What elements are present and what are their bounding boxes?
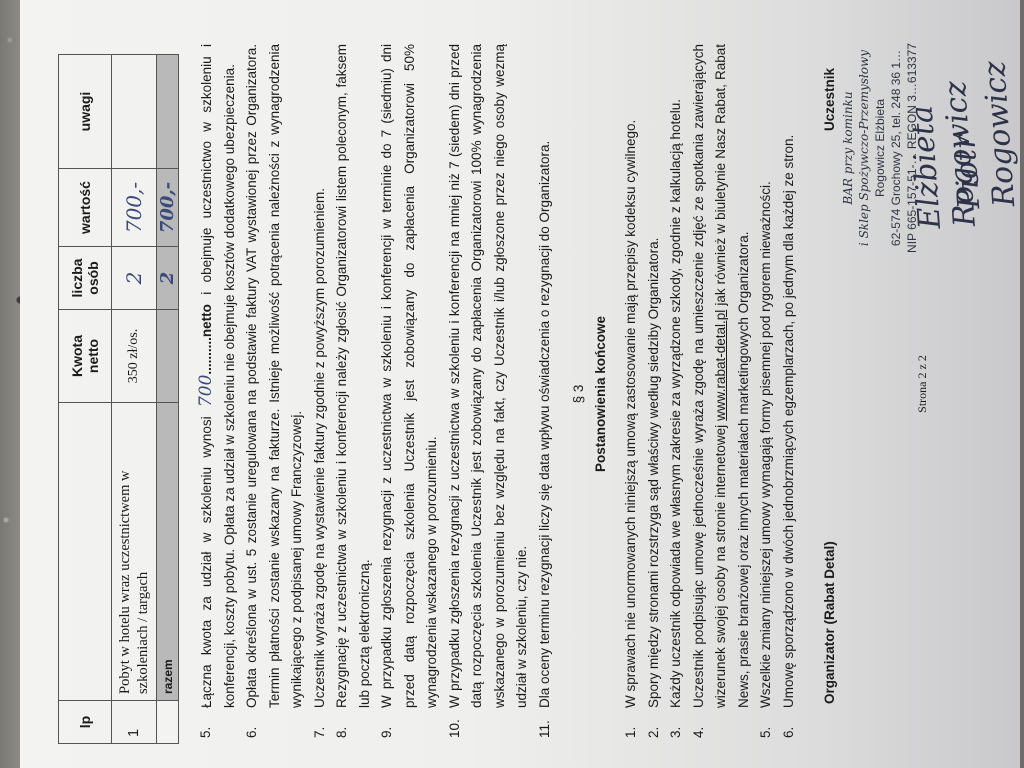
clause-number: 4. [688, 727, 711, 738]
page-footer: Strona 2 z 2 [915, 0, 930, 768]
clause-text: Spory między stronami rozstrzyga sąd wła… [646, 238, 661, 708]
organizer-label: Organizator (Rabat Detal) [822, 541, 837, 704]
clause-item: 7.Uczestnik wyraża zgodę na wystawienie … [309, 44, 332, 744]
header-value: wartość [59, 169, 112, 247]
table-row: 1 Pobyt w hotelu wraz uczestnictwem w sz… [112, 55, 157, 744]
section-title: Postanowienia końcowe [590, 44, 612, 744]
clause-text: Dla oceny terminu rezygnacji liczy się d… [537, 141, 552, 708]
clause-number: 5. [195, 727, 218, 738]
total-value-handwritten: 700,- [157, 169, 179, 247]
clause-item: 6.Opłata określona w ust. 5 zostanie ure… [241, 44, 309, 744]
header-lp: lp [59, 701, 112, 744]
clause-item: 4.Uczestnik podpisując umowę jednocześni… [688, 44, 756, 744]
row-persons-handwritten: 2 [112, 247, 157, 310]
clause-text: Opłata określona w ust. 5 zostanie uregu… [244, 44, 304, 708]
handwritten-amount: 700 [196, 375, 216, 407]
clause-text: W przypadku zgłoszenia rezygnacji z ucze… [379, 44, 439, 708]
page-content: lp Kwota netto liczba osób wartość uwagi… [58, 44, 837, 744]
clause-item: 1.W sprawach nie unormowanych niniejszą … [620, 44, 643, 744]
clause-number: 9. [376, 727, 399, 738]
clause-number: 1. [620, 727, 643, 738]
clause-text: Rezygnację z uczestnictwa w szkoleniu i … [334, 44, 372, 708]
signature-labels: Organizator (Rabat Detal) Uczestnik [822, 44, 837, 744]
clause-number: 5. [755, 727, 778, 738]
clauses-section-2: 5. Łączna kwota za udział w szkoleniu wy… [195, 44, 556, 744]
row-net-amount: 350 zł/os. [112, 310, 157, 403]
clause-number: 8. [331, 727, 354, 738]
clause-text: Łączna kwota za udział w szkoleniu wynos… [199, 407, 214, 708]
total-persons-handwritten: 2 [157, 247, 179, 310]
clause-item: 3.Każdy uczestnik odpowiada we własnym z… [665, 44, 688, 744]
stamp-line: i Sklep Spożywczo-Przemysłowy [856, 33, 872, 263]
clause-item: 11.Dla oceny terminu rezygnacji liczy si… [534, 44, 557, 744]
clause-item: 10.W przypadku zgłoszenia rezygnacji z u… [444, 44, 534, 744]
header-notes: uwagi [59, 55, 112, 169]
clause-number: 3. [665, 727, 688, 738]
clause-text: W sprawach nie unormowanych niniejszą um… [623, 120, 638, 708]
contract-page: lp Kwota netto liczba osób wartość uwagi… [20, 0, 1020, 768]
website-link[interactable]: www.rabat-detal.pl [713, 310, 728, 421]
row-notes [112, 55, 157, 169]
table-total-row: razem 2 700,- [157, 55, 179, 744]
header-description [59, 403, 112, 701]
clause-item: 8.Rezygnację z uczestnictwa w szkoleniu … [331, 44, 376, 744]
clause-item: 2.Spory między stronami rozstrzyga sąd w… [643, 44, 666, 744]
row-lp: 1 [112, 701, 157, 744]
total-lp [157, 701, 179, 744]
clause-item: 5.Wszelkie zmiany niniejszej umowy wymag… [755, 44, 778, 744]
header-persons: liczba osób [59, 247, 112, 310]
clause-text: Umowę sporządzono w dwóch jednobrzmiącyc… [781, 135, 796, 708]
section-number: § 3 [568, 44, 590, 744]
total-notes [157, 55, 179, 169]
total-net-amount [157, 310, 179, 403]
participant-label: Uczestnik [822, 68, 837, 131]
clause-number: 10. [444, 719, 467, 738]
clause-text: Uczestnik wyraża zgodę na wystawienie fa… [312, 188, 327, 708]
stamp-line: BAR przy kominku [840, 33, 856, 263]
clause-item: 6.Umowę sporządzono w dwóch jednobrzmiąc… [778, 44, 801, 744]
clause-number: 6. [241, 727, 264, 738]
clause-item: 9.W przypadku zgłoszenia rezygnacji z uc… [376, 44, 444, 744]
table-header-row: lp Kwota netto liczba osób wartość uwagi [59, 55, 112, 744]
clause-number: 11. [534, 720, 557, 738]
clause-text: Wszelkie zmiany niniejszej umowy wymagaj… [758, 181, 773, 708]
pricing-table: lp Kwota netto liczba osób wartość uwagi… [58, 54, 179, 744]
row-description: Pobyt w hotelu wraz uczestnictwem w szko… [112, 403, 157, 701]
clauses-section-3: 1.W sprawach nie unormowanych niniejszą … [620, 44, 800, 744]
header-net-amount: Kwota netto [59, 310, 112, 403]
clause-item: 5. Łączna kwota za udział w szkoleniu wy… [195, 44, 241, 744]
clause-text: Każdy uczestnik odpowiada we własnym zak… [668, 99, 683, 708]
handwritten-signature: Piotr Rogowicz [938, 0, 1022, 210]
clause-number: 7. [309, 727, 332, 738]
clause-text: W przypadku zgłoszenia rezygnacji z ucze… [447, 44, 530, 708]
stamp-line: Rogowicz Elżbieta [872, 33, 888, 263]
clause-number: 6. [778, 727, 801, 738]
clause-number: 2. [643, 727, 666, 738]
total-label: razem [157, 403, 179, 701]
row-value-handwritten: 700,- [112, 169, 157, 247]
clause-text-bold: ..........netto [199, 304, 214, 375]
